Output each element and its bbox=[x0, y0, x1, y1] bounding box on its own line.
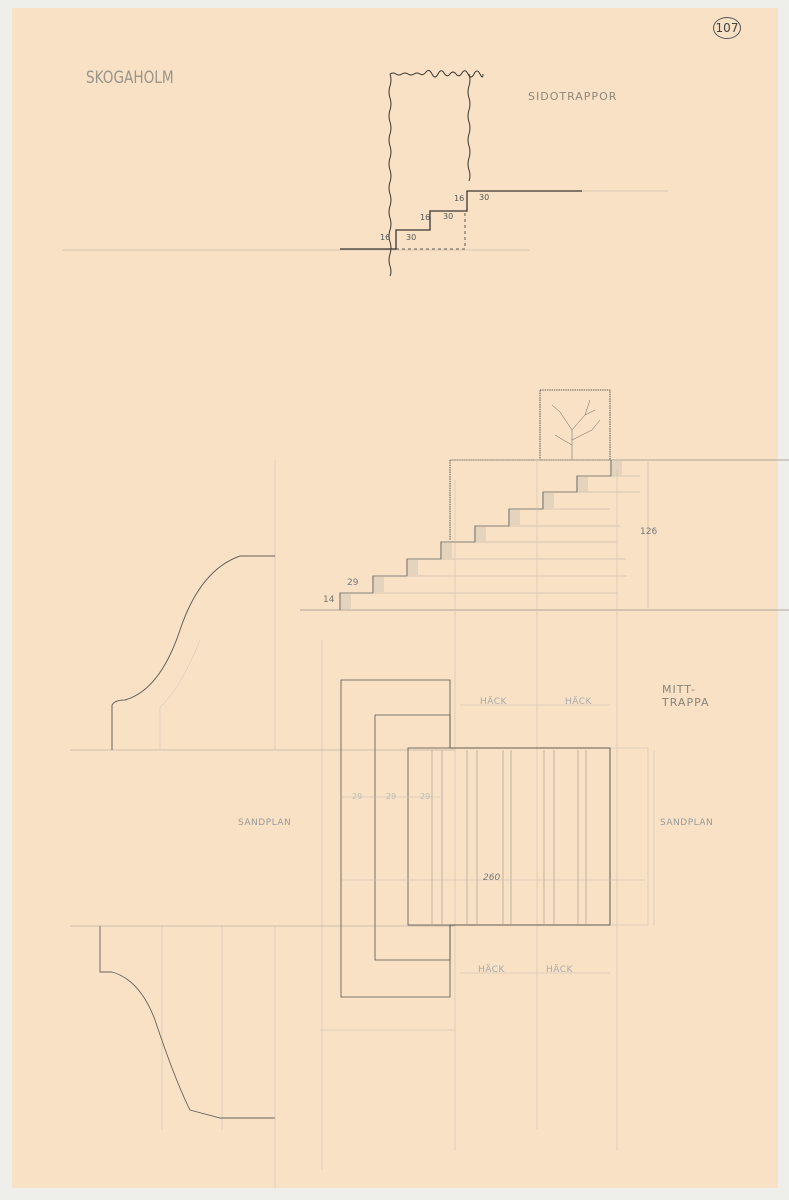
middle-stair-label: MITT- TRAPPA bbox=[662, 683, 710, 709]
hedge-label: HÄCK bbox=[565, 697, 592, 707]
sandplan-label-right: SANDPLAN bbox=[660, 818, 713, 828]
total-height-dimension: 126 bbox=[640, 527, 657, 537]
ramp-profile-lower bbox=[70, 926, 455, 1188]
tread-dimension: 30 bbox=[406, 233, 416, 242]
tread-dimension: 30 bbox=[443, 212, 453, 221]
landing-dimension: 29 bbox=[386, 792, 396, 801]
hedge-label: HÄCK bbox=[546, 965, 573, 975]
landing-dimension: 29 bbox=[352, 792, 362, 801]
rise-dimension: 16 bbox=[420, 213, 430, 222]
rise-dimension: 16 bbox=[454, 194, 464, 203]
sheet-number-badge: 107 bbox=[713, 17, 741, 39]
landing-dimension: 29 bbox=[420, 792, 430, 801]
sandplan-label-left: SANDPLAN bbox=[238, 818, 291, 828]
rise-dimension: 16 bbox=[380, 233, 390, 242]
middle-stair-section bbox=[300, 390, 789, 610]
tread-dimension: 30 bbox=[479, 193, 489, 202]
ramp-profile-upper bbox=[70, 556, 455, 750]
architectural-drawing bbox=[0, 0, 789, 1200]
plan-width-dimension: 260 bbox=[483, 873, 500, 883]
tread-dimension: 29 bbox=[347, 578, 358, 588]
side-stairs-label: SIDOTRAPPOR bbox=[528, 90, 617, 103]
bottom-riser-dimension: 14 bbox=[323, 595, 334, 605]
drawing-title: SKOGAHOLM bbox=[86, 68, 174, 88]
hedge-label: HÄCK bbox=[478, 965, 505, 975]
middle-stair-plan bbox=[320, 680, 648, 1030]
hedge-label: HÄCK bbox=[480, 697, 507, 707]
